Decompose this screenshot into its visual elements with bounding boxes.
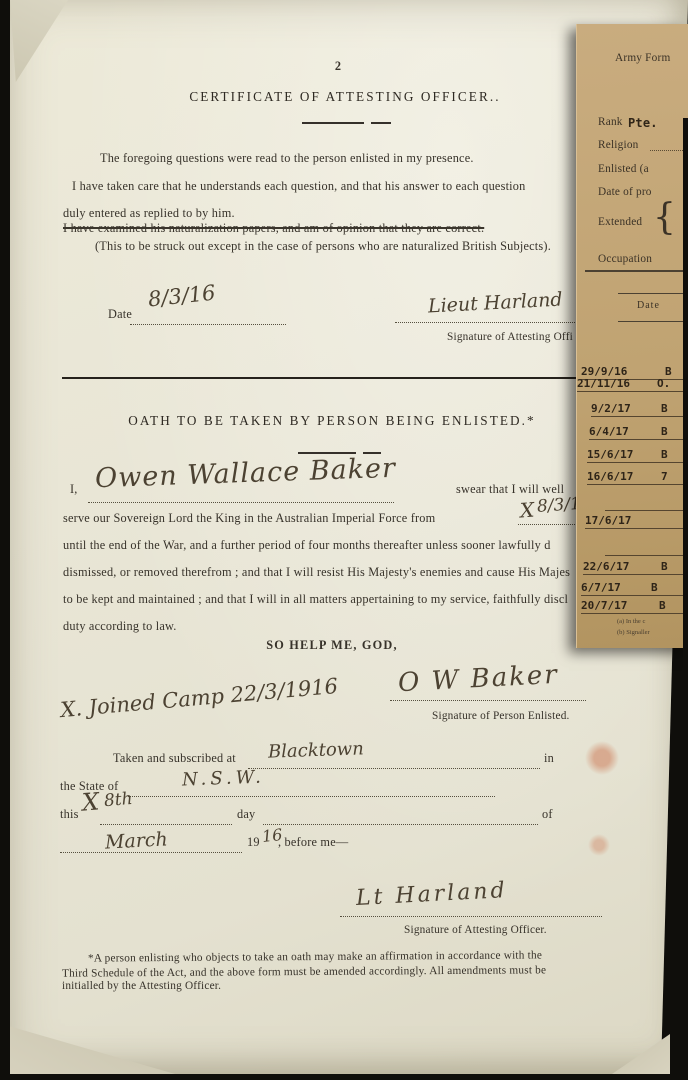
entry-code: B <box>659 599 666 612</box>
card-entry-row: 15/6/17B <box>587 448 687 461</box>
entry-code: B <box>651 581 658 594</box>
oath-heading: OATH TO BE TAKEN BY PERSON BEING ENLISTE… <box>128 414 535 429</box>
certificate-paragraph-2-line-1: I have taken care that he understands ea… <box>72 180 526 194</box>
date-header-rule-top <box>618 293 688 294</box>
oath-line-1-suffix: swear that I will well <box>456 483 564 497</box>
date-label: Date <box>108 308 132 322</box>
attesting-signature-line <box>395 322 577 323</box>
entry-code: B <box>661 402 668 415</box>
entry-underline <box>589 439 688 440</box>
page-number: 2 <box>335 60 341 74</box>
certificate-paragraph-2-line-2: duly entered as replied to by him. <box>63 207 235 221</box>
handwritten-month: March <box>105 830 169 852</box>
entry-underline <box>587 484 688 485</box>
extended-label: Extended <box>598 216 642 228</box>
card-footnote-b: (b) Signaller <box>617 629 650 636</box>
extended-brace: { <box>653 200 676 236</box>
entry-date: 15/6/17 <box>587 448 633 461</box>
entry-code: O. <box>657 377 670 390</box>
strike-out-note: (This to be struck out except in the cas… <box>95 240 551 254</box>
person-signature-line <box>390 700 586 701</box>
oath-line-4: dismissed, or removed therefrom ; and th… <box>63 566 570 580</box>
date-header-rule-bottom <box>618 321 688 322</box>
scan-edge <box>683 118 688 1080</box>
oath-line-2: serve our Sovereign Lord the King in the… <box>63 512 435 526</box>
certificate-heading: CERTIFICATE OF ATTESTING OFFICER.. <box>189 90 500 105</box>
from-date-line <box>518 524 577 525</box>
scanned-document: 2 CERTIFICATE OF ATTESTING OFFICER.. The… <box>0 0 688 1080</box>
certificate-paragraph-1: The foregoing questions were read to the… <box>100 152 474 166</box>
section-divider-rule <box>62 377 577 379</box>
day-entry-line <box>100 824 232 825</box>
heading-divider <box>298 452 356 454</box>
entry-code: B <box>661 425 668 438</box>
footnote-line-3: initialled by the Attesting Officer. <box>62 980 221 992</box>
entry-code: 7 <box>661 470 668 483</box>
entry-date: 21/11/16 <box>577 377 630 390</box>
occupation-label: Occupation <box>598 253 652 265</box>
before-me-label: , before me— <box>278 836 348 850</box>
heading-divider <box>371 122 391 124</box>
card-entry-row: 9/2/17B <box>591 402 687 415</box>
entry-date: 6/7/17 <box>581 581 621 594</box>
enlisted-label: Enlisted (a <box>598 163 649 175</box>
entry-date: 6/4/17 <box>589 425 629 438</box>
date-entry-line <box>130 324 286 325</box>
year-prefix: 19 <box>247 836 260 850</box>
handwritten-from-mark: X <box>519 500 535 521</box>
entry-date: 16/6/17 <box>587 470 633 483</box>
card-footnote-a: (a) In the c <box>617 618 645 625</box>
oath-line-6: duty according to law. <box>63 620 177 634</box>
card-entry-row: 22/6/17B <box>583 560 687 573</box>
so-help-me-god: SO HELP ME, GOD, <box>266 639 398 653</box>
card-entry-row: 21/11/16O. <box>577 377 687 390</box>
person-signature-label: Signature of Person Enlisted. <box>432 710 570 722</box>
state-entry-line <box>128 796 495 797</box>
entry-underline <box>591 416 688 417</box>
handwritten-state: N.S.W. <box>182 769 265 790</box>
day-label: day <box>237 808 255 822</box>
entry-date: 9/2/17 <box>591 402 631 415</box>
card-title: Army Form <box>615 52 670 64</box>
handwritten-year: 16 <box>261 827 283 845</box>
entry-underline <box>587 462 688 463</box>
heading-divider <box>302 122 364 124</box>
entry-code: B <box>661 448 668 461</box>
in-label: in <box>544 752 554 766</box>
blank-entry-underline <box>605 510 688 511</box>
oath-line-3: until the end of the War, and a further … <box>63 539 551 553</box>
month-entry-line <box>60 852 242 853</box>
attesting-signature-label: Signature of Attesting Offi <box>447 331 573 343</box>
this-label: this <box>60 808 79 822</box>
entry-underline <box>577 391 688 392</box>
of-label: of <box>542 808 553 822</box>
date-column-header: Date <box>637 300 660 311</box>
rank-value: Pte. <box>628 116 658 130</box>
handwritten-day-number: 8th <box>103 791 133 810</box>
card-entry-row: 6/7/17B <box>581 581 687 594</box>
struck-out-naturalization-clause: I have examined his naturalization paper… <box>63 222 484 236</box>
card-entry-row: 6/4/17B <box>589 425 687 438</box>
place-entry-line <box>248 768 540 769</box>
person-enlisted-signature: O W Baker <box>397 662 559 696</box>
card-entry-row: 20/7/17B <box>581 599 687 612</box>
entry-code: B <box>661 560 668 573</box>
entry-underline <box>581 595 688 596</box>
occupation-underline <box>585 270 688 272</box>
card-entry-row: 17/6/17 <box>585 514 687 527</box>
taken-subscribed-label: Taken and subscribed at <box>113 752 236 766</box>
name-entry-line <box>88 502 394 503</box>
oath-i-label: I, <box>70 483 78 497</box>
entry-underline <box>585 528 688 529</box>
blank-entry-underline <box>605 555 688 556</box>
oath-line-5: to be kept and maintained ; and that I w… <box>63 593 568 607</box>
entry-underline <box>581 613 688 614</box>
month-gap-line <box>263 824 538 825</box>
religion-label: Religion <box>598 139 639 151</box>
officer-signature-line <box>340 916 602 917</box>
officer-signature-label: Signature of Attesting Officer. <box>404 924 547 936</box>
entry-date: 20/7/17 <box>581 599 627 612</box>
handwritten-this-mark: X <box>81 789 100 814</box>
rank-label: Rank <box>598 116 623 128</box>
promotion-label: Date of pro <box>598 186 652 198</box>
handwritten-place: Blacktown <box>268 740 364 761</box>
entry-underline <box>583 574 688 575</box>
entry-date: 22/6/17 <box>583 560 629 573</box>
army-form-card: Army Form Rank Pte. Religion Enlisted (a… <box>576 24 688 648</box>
entry-date: 17/6/17 <box>585 514 631 527</box>
card-entry-row: 16/6/177 <box>587 470 687 483</box>
